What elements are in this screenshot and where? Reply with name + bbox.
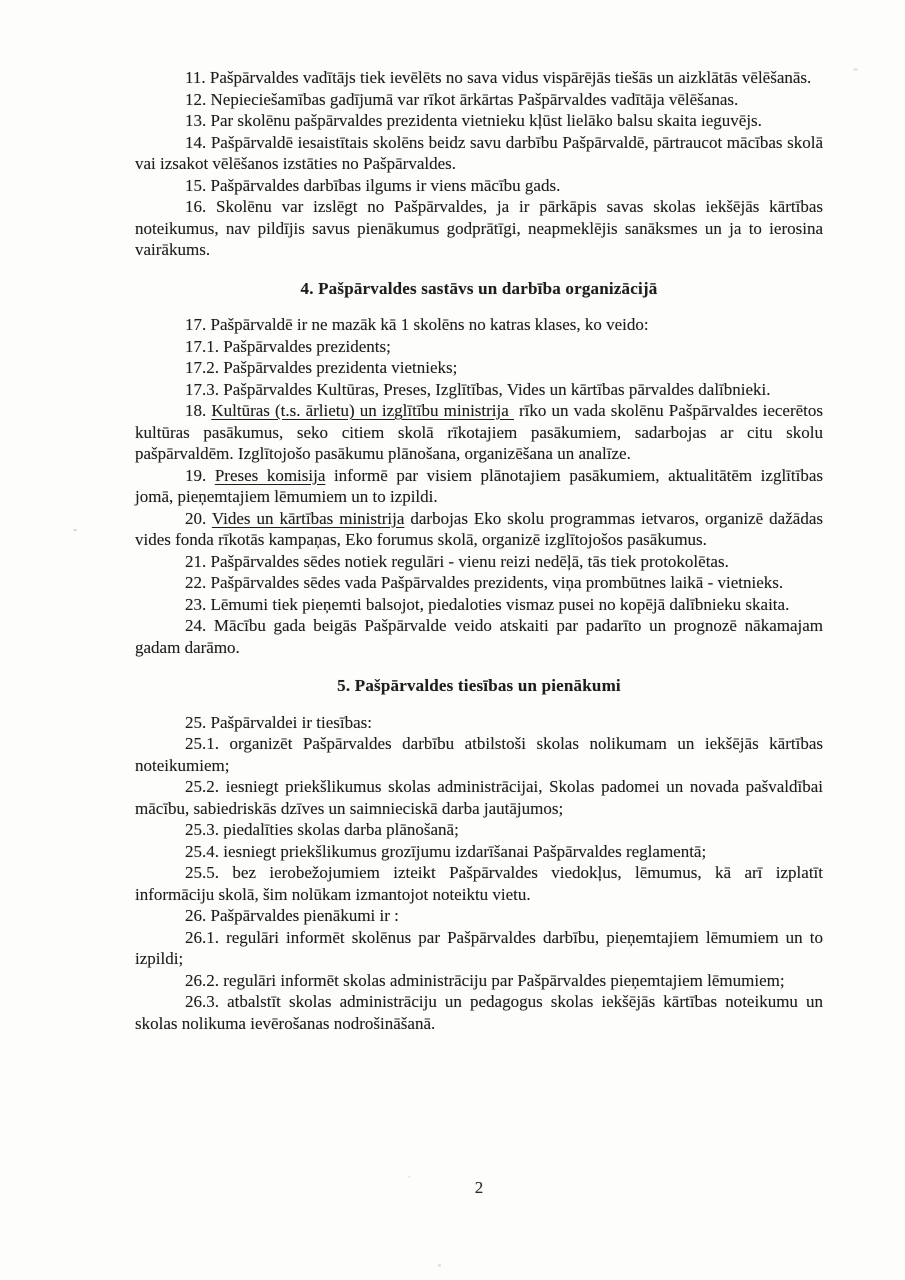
text-run: 25.1. organizēt Pašpārvaldes darbību atb…: [135, 734, 823, 775]
paragraph: 14. Pašpārvaldē iesaistītais skolēns bei…: [135, 132, 823, 175]
paragraph: 17.3. Pašpārvaldes Kultūras, Preses, Izg…: [135, 379, 823, 401]
text-run: 17.3. Pašpārvaldes Kultūras, Preses, Izg…: [185, 380, 771, 399]
paragraph: 13. Par skolēnu pašpārvaldes prezidenta …: [135, 110, 823, 132]
underlined-text: Preses komisija: [215, 466, 326, 485]
paragraph: 25.4. iesniegt priekšlikumus grozījumu i…: [135, 841, 823, 863]
paragraph: 25.1. organizēt Pašpārvaldes darbību atb…: [135, 733, 823, 776]
text-run: 26.2. regulāri informēt skolas administr…: [185, 971, 785, 990]
paragraph: 26.2. regulāri informēt skolas administr…: [135, 970, 823, 992]
paragraph: 17.1. Pašpārvaldes prezidents;: [135, 336, 823, 358]
text-run: 13. Par skolēnu pašpārvaldes prezidenta …: [185, 111, 762, 130]
paragraph: 24. Mācību gada beigās Pašpārvalde veido…: [135, 615, 823, 658]
text-run: 17.1. Pašpārvaldes prezidents;: [185, 337, 391, 356]
section-heading: 4. Pašpārvaldes sastāvs un darbība organ…: [135, 278, 823, 300]
text-run: 25.2. iesniegt priekšlikumus skolas admi…: [135, 777, 823, 818]
text-run: 21. Pašpārvaldes sēdes notiek regulāri -…: [185, 552, 729, 571]
paragraph: 23. Lēmumi tiek pieņemti balsojot, pieda…: [135, 594, 823, 616]
text-run: 19.: [185, 466, 215, 485]
paragraph: 22. Pašpārvaldes sēdes vada Pašpārvaldes…: [135, 572, 823, 594]
scan-artifact: [853, 68, 858, 71]
text-run: 14. Pašpārvaldē iesaistītais skolēns bei…: [135, 133, 823, 174]
text-run: 17. Pašpārvaldē ir ne mazāk kā 1 skolēns…: [185, 315, 649, 334]
text-run: 25. Pašpārvaldei ir tiesības:: [185, 713, 372, 732]
text-run: 26.1. regulāri informēt skolēnus par Paš…: [135, 928, 823, 969]
paragraph: 26. Pašpārvaldes pienākumi ir :: [135, 905, 823, 927]
text-run: 5. Pašpārvaldes tiesības un pienākumi: [337, 676, 621, 695]
text-run: 22. Pašpārvaldes sēdes vada Pašpārvaldes…: [185, 573, 783, 592]
underlined-text: Vides un kārtības ministrija: [212, 509, 405, 528]
text-run: 20.: [185, 509, 212, 528]
paragraph: 16. Skolēnu var izslēgt no Pašpārvaldes,…: [135, 196, 823, 261]
paragraph: 11. Pašpārvaldes vadītājs tiek ievēlēts …: [135, 67, 823, 89]
paragraph: 17.2. Pašpārvaldes prezidenta vietnieks;: [135, 357, 823, 379]
paragraph: 25.2. iesniegt priekšlikumus skolas admi…: [135, 776, 823, 819]
text-run: 17.2. Pašpārvaldes prezidenta vietnieks;: [185, 358, 457, 377]
section-heading: 5. Pašpārvaldes tiesības un pienākumi: [135, 675, 823, 697]
text-run: 23. Lēmumi tiek pieņemti balsojot, pieda…: [185, 595, 789, 614]
text-run: 26.3. atbalstīt skolas administrāciju un…: [135, 992, 823, 1033]
page-number: 2: [135, 1178, 823, 1198]
text-run: 4. Pašpārvaldes sastāvs un darbība organ…: [301, 279, 658, 298]
text-run: 25.5. bez ierobežojumiem izteikt Pašpārv…: [135, 863, 823, 904]
paragraph: 21. Pašpārvaldes sēdes notiek regulāri -…: [135, 551, 823, 573]
paragraph: 19. Preses komisija informē par visiem p…: [135, 465, 823, 508]
text-run: 26. Pašpārvaldes pienākumi ir :: [185, 906, 399, 925]
scan-artifact: [438, 1264, 441, 1267]
text-run: 25.3. piedalīties skolas darba plānošanā…: [185, 820, 459, 839]
paragraph: 25. Pašpārvaldei ir tiesības:: [135, 712, 823, 734]
paragraph: 25.3. piedalīties skolas darba plānošanā…: [135, 819, 823, 841]
underlined-text: Kultūras (t.s. ārlietu) un izglītību min…: [211, 401, 514, 420]
scan-artifact: [73, 529, 77, 531]
text-run: 25.4. iesniegt priekšlikumus grozījumu i…: [185, 842, 706, 861]
text-run: 15. Pašpārvaldes darbības ilgums ir vien…: [185, 176, 560, 195]
text-run: 16. Skolēnu var izslēgt no Pašpārvaldes,…: [135, 197, 823, 259]
paragraph: 15. Pašpārvaldes darbības ilgums ir vien…: [135, 175, 823, 197]
document-body: 11. Pašpārvaldes vadītājs tiek ievēlēts …: [135, 67, 823, 1034]
scan-artifact: [408, 1176, 411, 1178]
text-run: 12. Nepieciešamības gadījumā var rīkot ā…: [185, 90, 738, 109]
paragraph: 26.1. regulāri informēt skolēnus par Paš…: [135, 927, 823, 970]
paragraph: 18. Kultūras (t.s. ārlietu) un izglītību…: [135, 400, 823, 465]
document-page: 11. Pašpārvaldes vadītājs tiek ievēlēts …: [0, 0, 905, 1280]
paragraph: 25.5. bez ierobežojumiem izteikt Pašpārv…: [135, 862, 823, 905]
text-run: 24. Mācību gada beigās Pašpārvalde veido…: [135, 616, 823, 657]
paragraph: 17. Pašpārvaldē ir ne mazāk kā 1 skolēns…: [135, 314, 823, 336]
text-run: 18.: [185, 401, 211, 420]
paragraph: 26.3. atbalstīt skolas administrāciju un…: [135, 991, 823, 1034]
paragraph: 20. Vides un kārtības ministrija darboja…: [135, 508, 823, 551]
text-run: 11. Pašpārvaldes vadītājs tiek ievēlēts …: [185, 68, 811, 87]
paragraph: 12. Nepieciešamības gadījumā var rīkot ā…: [135, 89, 823, 111]
